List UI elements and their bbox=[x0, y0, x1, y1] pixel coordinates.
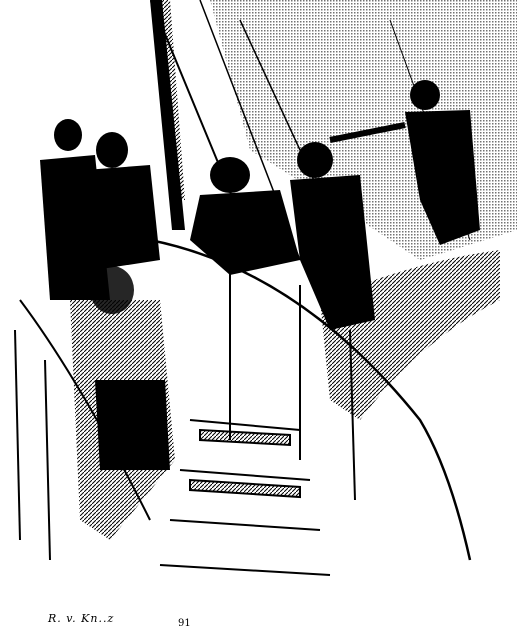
illustration bbox=[0, 0, 517, 638]
stair-steps bbox=[160, 420, 330, 575]
artist-signature: R. v. Kn..z bbox=[48, 612, 114, 625]
artist-year: 91 bbox=[178, 618, 191, 629]
